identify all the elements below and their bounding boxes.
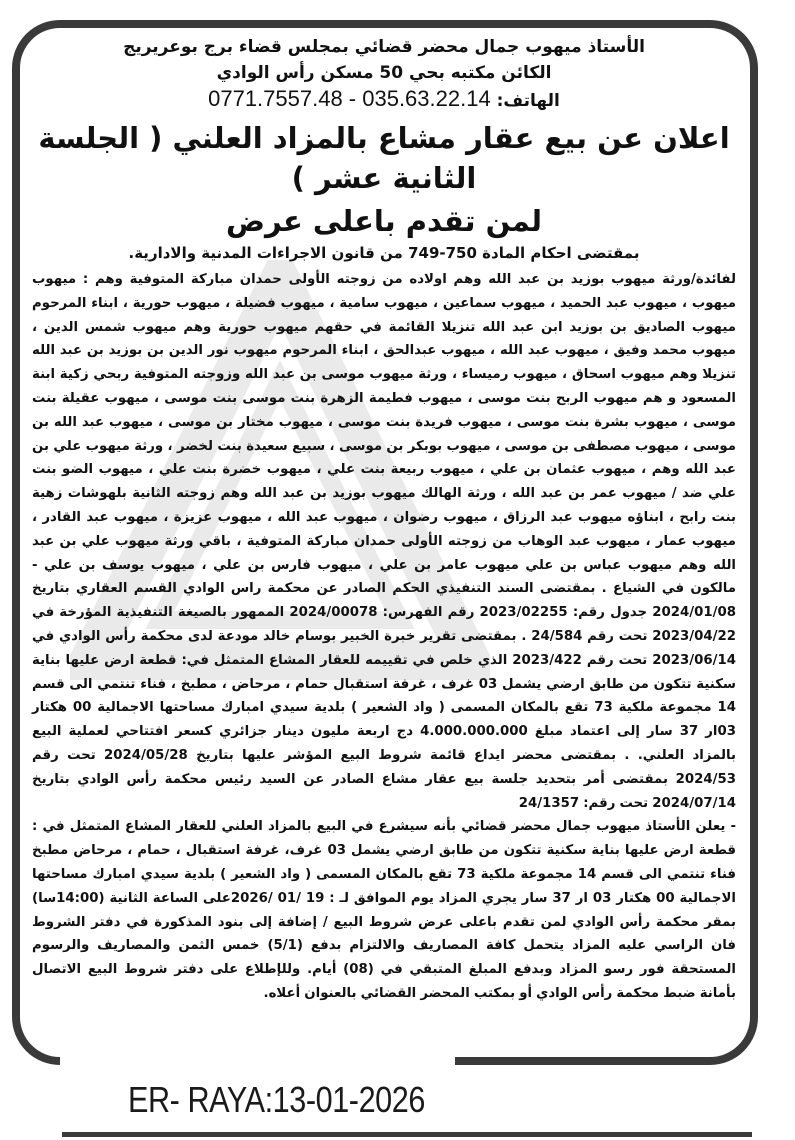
legal-basis: بمقتضى احكام المادة 750-749 من قانون الا… bbox=[28, 242, 740, 264]
frame-gap bbox=[60, 1055, 455, 1069]
phone-numbers: 0771.7557.48 - 035.63.22.14 bbox=[208, 86, 491, 111]
publication-caption: ER- RAYA:13-01-2026 bbox=[128, 1080, 425, 1120]
auction-announcement-paragraph: - يعلن الأستاذ ميهوب جمال محضر قضائي بأن… bbox=[28, 815, 740, 1005]
bailiff-name-line: الأستاذ ميهوب جمال محضر قضائي بمجلس قضاء… bbox=[28, 34, 740, 60]
phone-label: الهاتف: bbox=[497, 91, 560, 111]
notice-subtitle: لمن تقدم باعلى عرض bbox=[28, 202, 740, 240]
parties-and-basis-paragraph: لفائدة/ورثة ميهوب بوزيد بن عبد الله وهم … bbox=[28, 268, 740, 815]
notice-title: اعلان عن بيع عقار مشاع بالمزاد العلني ( … bbox=[28, 118, 740, 198]
bottom-divider bbox=[62, 1132, 752, 1137]
phone-line: الهاتف: 0771.7557.48 - 035.63.22.14 bbox=[28, 86, 740, 114]
legal-notice: الأستاذ ميهوب جمال محضر قضائي بمجلس قضاء… bbox=[28, 28, 740, 1006]
office-address-line: الكائن مكتبه بحي 50 مسكن رأس الوادي bbox=[28, 60, 740, 86]
